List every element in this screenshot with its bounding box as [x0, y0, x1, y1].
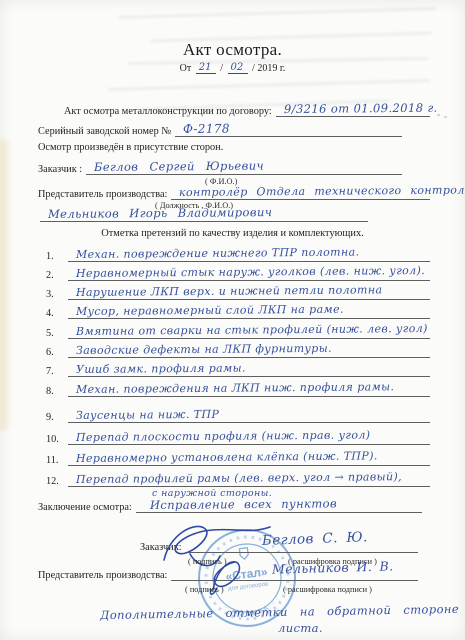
claim-text: Неравномерный стык наруж. уголков (лев. …: [76, 265, 425, 280]
claim-row: 2. Неравномерный стык наруж. уголков (ле…: [46, 265, 430, 281]
claim-text: Заводские дефекты на ЛКП фурнитуры.: [76, 343, 332, 357]
date-suffix: / 2019 г.: [252, 63, 285, 74]
serial-value: Ф-2178: [183, 122, 230, 136]
sig-producer-label: Представитель производства:: [38, 571, 171, 581]
claim-line: Механ. повреждения на ЛКП ниж. профиля р…: [68, 380, 430, 397]
serial-line: Ф-2178: [175, 120, 402, 137]
date-day: 21: [199, 62, 212, 73]
claim-number: 12.: [46, 477, 68, 487]
claim-row: 10. Перепад плоскости профиля (ниж. прав…: [46, 429, 430, 445]
contract-row: Акт осмотра металлоконструкции по догово…: [64, 101, 430, 117]
claim-row: 1. Механ. повреждение нижнего ТПР полотн…: [46, 246, 430, 262]
claim-row: 8. Механ. повреждения на ЛКП ниж. профил…: [46, 381, 430, 397]
claim-text: Заусенцы на ниж. ТПР: [76, 409, 219, 422]
contract-line: 9/3216 от 01.09.2018 г.: [276, 100, 430, 117]
footnote-line2: листа.: [278, 621, 323, 635]
claim-line: Мусор, неравномерный слой ЛКП на раме.: [68, 302, 430, 319]
claim-row: 6. Заводские дефекты на ЛКП фурнитуры.: [46, 342, 430, 358]
claim-line: Вмятина от сварки на стык профилей (ниж.…: [68, 322, 430, 339]
claim-row: 12. Перепад профилей рамы (лев. верх. уг…: [46, 471, 430, 487]
serial-row: Серийный заводской номер № Ф-2178: [38, 121, 402, 137]
claim-text: Неравномерно установлена клёпка (ниж. ТП…: [76, 450, 378, 465]
conclusion-value: Исправление всех пунктов: [150, 498, 337, 512]
claim-line: Неравномерный стык наруж. уголков (лев. …: [68, 264, 430, 281]
claim-text: Механ. повреждение нижнего ТПР полотна.: [76, 246, 360, 261]
claim-text: Мусор, неравномерный слой ЛКП на раме.: [76, 304, 344, 318]
claims-heading: Отметка претензий по качеству изделия и …: [0, 228, 465, 239]
date-day-field: 21: [196, 60, 216, 74]
claim-line: Заусенцы на ниж. ТПР: [68, 406, 430, 423]
bleedthrough-stroke: [118, 8, 436, 19]
sig-producer-caption-left: ( подпись ): [185, 585, 224, 594]
claim-row: 5. Вмятина от сварки на стык профилей (н…: [46, 323, 430, 339]
date-prefix: От: [180, 63, 192, 74]
customer-row: Заказчик : Беглов Сергей Юрьевич: [38, 159, 402, 175]
claim-text: Вмятина от сварки на стык профилей (ниж.…: [76, 323, 428, 338]
conclusion-line: Исправление всех пунктов: [136, 496, 422, 513]
scanned-inspection-act: Акт осмотра. От 21 / 02 / 2019 г. Акт ос…: [0, 0, 465, 640]
sig-customer-label: Заказчик:: [140, 543, 186, 553]
producer-name-row: Мельников Игорь Владимирович: [40, 206, 368, 222]
claim-line: Неравномерно установлена клёпка (ниж. ТП…: [68, 449, 430, 466]
presence-note: Осмотр произведён в присутствие сторон.: [38, 142, 223, 153]
contract-value: 9/3216 от 01.09.2018 г.: [284, 102, 438, 116]
conclusion-row: Заключение осмотра: Исправление всех пун…: [38, 497, 422, 513]
customer-line: Беглов Сергей Юрьевич: [86, 158, 402, 175]
claim-number: 11.: [46, 456, 68, 466]
customer-value: Беглов Сергей Юрьевич: [94, 160, 264, 174]
date-month: 02: [231, 62, 244, 73]
claim-text: Ушиб замк. профиля рамы.: [76, 362, 246, 376]
sig-producer-caption-right: ( расшифровка подписи ): [283, 585, 372, 594]
bleedthrough-stroke: [108, 80, 430, 91]
producer-value2: Мельников Игорь Владимирович: [48, 206, 272, 221]
claim-number: 4.: [46, 309, 68, 319]
claim-line: Нарушение ЛКП верх. и нижней петли полот…: [68, 283, 430, 300]
date-line: От 21 / 02 / 2019 г.: [0, 60, 465, 74]
claim-text: Перепад профилей рамы (лев. верх. угол →…: [76, 471, 402, 486]
claim-row: 11. Неравномерно установлена клёпка (ниж…: [46, 450, 430, 466]
claim-number: 1.: [46, 252, 68, 262]
producer-row: Представитель производства: контролёр От…: [38, 184, 430, 200]
claim-number: 5.: [46, 329, 68, 339]
claim-number: 9.: [46, 413, 68, 423]
claim-line: Перепад профилей рамы (лев. верх. угол →…: [68, 470, 430, 487]
claim-text: Механ. повреждения на ЛКП ниж. профиля р…: [76, 381, 395, 396]
claim-row: 3. Нарушение ЛКП верх. и нижней петли по…: [46, 284, 430, 300]
serial-label: Серийный заводской номер №: [38, 127, 175, 137]
stamp-line2: для договоров: [228, 581, 269, 592]
claim-line: Заводские дефекты на ЛКП фурнитуры.: [68, 341, 430, 358]
claim-line: Перепад плоскости профиля (ниж. прав. уг…: [68, 428, 430, 445]
claim-row: 9. Заусенцы на ниж. ТПР: [46, 407, 430, 423]
scan-speck: [444, 116, 447, 118]
paper-edge-tint: [0, 140, 11, 430]
claim-row: 7. Ушиб замк. профиля рамы.: [46, 361, 430, 377]
date-separator: /: [220, 63, 223, 74]
claim-number: 3.: [46, 290, 68, 300]
claim-number: 10.: [46, 435, 68, 445]
conclusion-label: Заключение осмотра:: [38, 503, 136, 513]
claim-text: Перепад плоскости профиля (ниж. прав. уг…: [76, 429, 371, 444]
claim-row: 4. Мусор, неравномерный слой ЛКП на раме…: [46, 303, 430, 319]
claim-number: 8.: [46, 387, 68, 397]
contract-label: Акт осмотра металлоконструкции по догово…: [64, 107, 276, 117]
claim-line: Механ. повреждение нижнего ТПР полотна.: [68, 245, 430, 262]
producer-name-line: Мельников Игорь Владимирович: [40, 205, 368, 222]
claim-number: 6.: [46, 348, 68, 358]
footnote-line1: Дополнительные отметки на обратной сторо…: [100, 602, 459, 622]
producer-label: Представитель производства:: [38, 190, 171, 200]
producer-line: контролёр Отдела технического контроля: [171, 183, 430, 200]
sig-producer-name: Мельников И. В.: [272, 558, 394, 576]
claim-text: Нарушение ЛКП верх. и нижней петли полот…: [76, 284, 383, 299]
claim-number: 2.: [46, 271, 68, 281]
claim-number: 7.: [46, 367, 68, 377]
claim-line: Ушиб замк. профиля рамы.: [68, 360, 430, 377]
date-month-field: 02: [228, 60, 248, 74]
page-title: Акт осмотра.: [0, 40, 465, 60]
customer-label: Заказчик :: [38, 165, 86, 175]
producer-value: контролёр Отдела технического контроля: [179, 184, 465, 199]
